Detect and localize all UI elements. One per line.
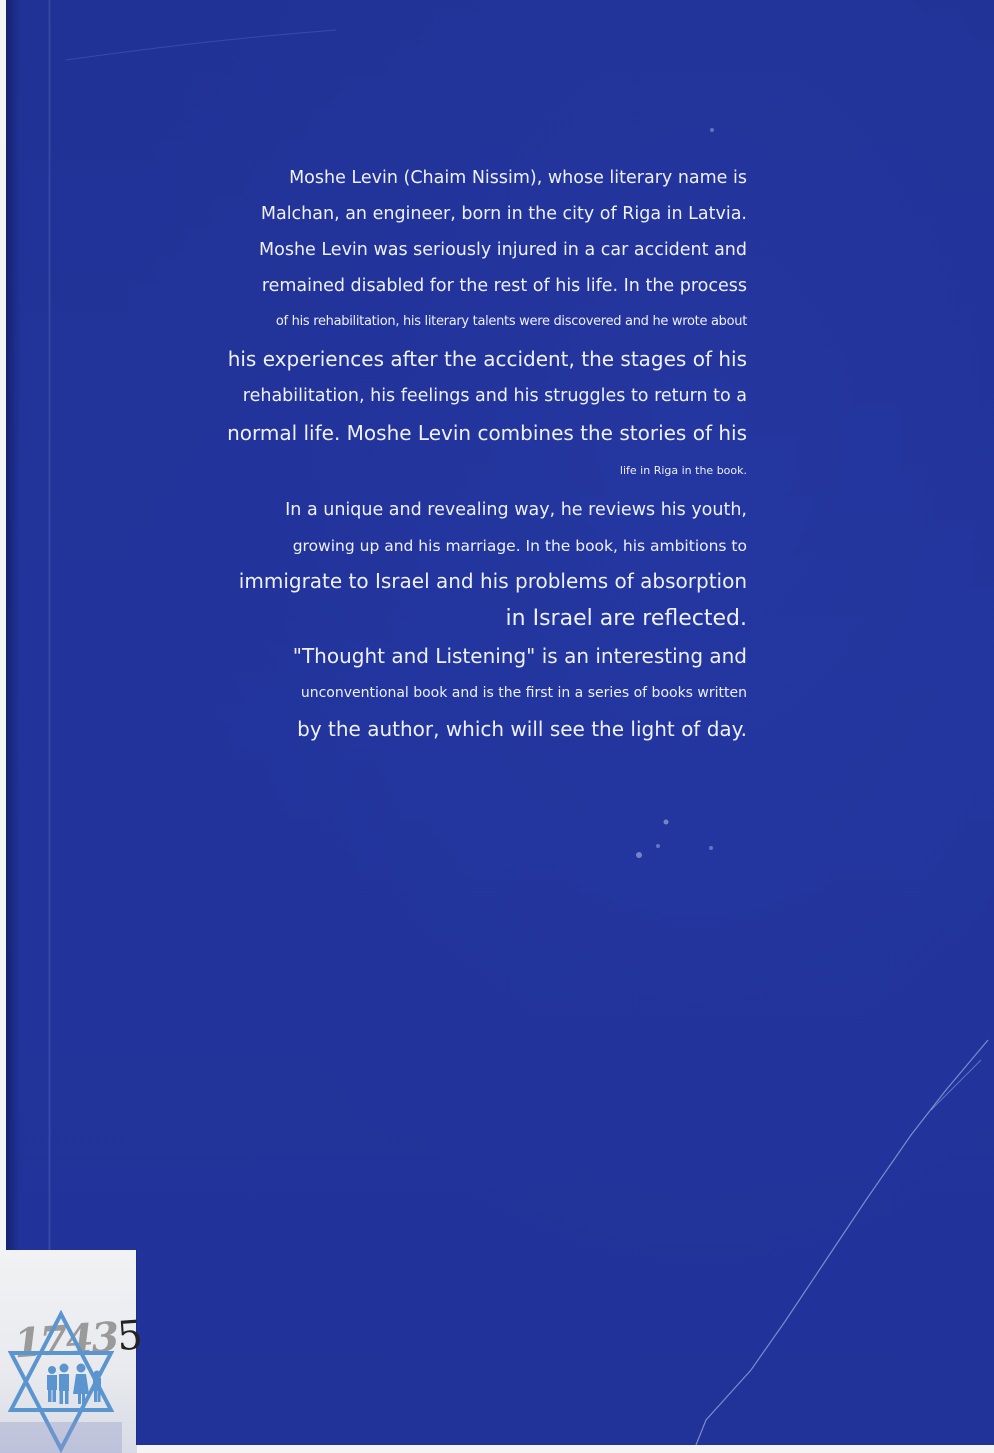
spine-shadow — [6, 0, 20, 1445]
blurb-line: unconventional book and is the first in … — [206, 674, 747, 712]
star-of-david-family-icon — [0, 1310, 122, 1453]
book-back-cover: Moshe Levin (Chaim Nissim), whose litera… — [6, 0, 994, 1445]
blurb-line: Malchan, an engineer, born in the city o… — [206, 196, 747, 232]
blurb-line: normal life. Moshe Levin combines the st… — [206, 414, 747, 452]
blurb-line: growing up and his marriage. In the book… — [206, 530, 747, 562]
blurb-line: by the author, which will see the light … — [206, 712, 747, 746]
library-sticker: 17435 — [0, 1250, 136, 1453]
blurb-line: In a unique and revealing way, he review… — [206, 490, 747, 530]
blurb-line: remained disabled for the rest of his li… — [206, 268, 747, 304]
blurb-line: in Israel are reflected. — [206, 600, 747, 638]
blurb-line: Moshe Levin (Chaim Nissim), whose litera… — [206, 160, 747, 196]
blurb-line: rehabilitation, his feelings and his str… — [206, 378, 747, 414]
spine-crease — [48, 0, 51, 1445]
blurb-line: immigrate to Israel and his problems of … — [206, 562, 747, 600]
blurb-text: Moshe Levin (Chaim Nissim), whose litera… — [206, 160, 747, 746]
blurb-line: Moshe Levin was seriously injured in a c… — [206, 232, 747, 268]
blurb-line: life in Riga in the book. — [206, 452, 747, 490]
blurb-line: "Thought and Listening" is an interestin… — [206, 638, 747, 674]
blurb-line: his experiences after the accident, the … — [206, 340, 747, 378]
blurb-line: of his rehabilitation, his literary tale… — [206, 304, 747, 340]
